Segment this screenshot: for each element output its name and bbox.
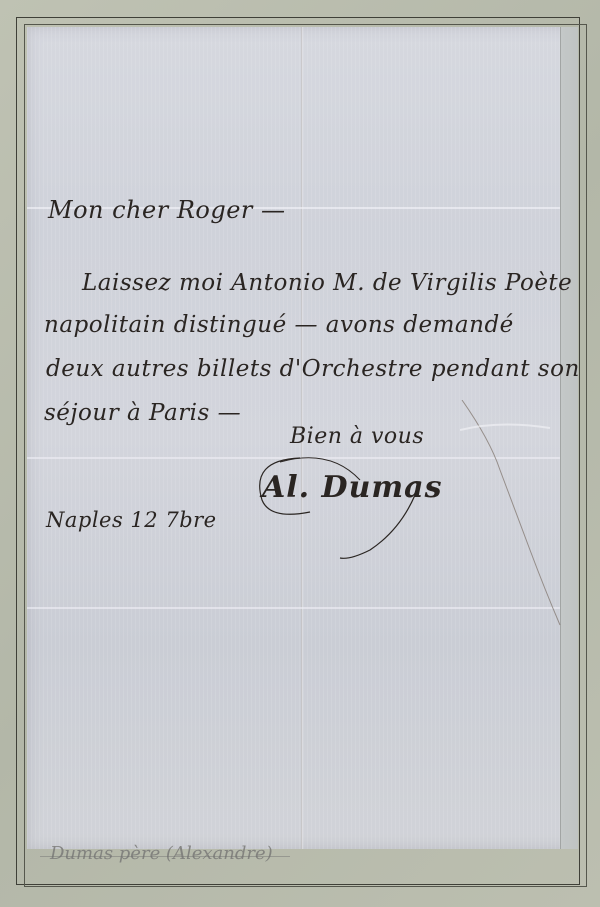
letter-salutation: Mon cher Roger — bbox=[48, 196, 286, 224]
pencil-strike-line bbox=[40, 856, 290, 857]
letter-signature: Al. Dumas bbox=[262, 470, 442, 505]
letter-body-line: séjour à Paris — bbox=[44, 400, 241, 426]
paper-tear-crease bbox=[460, 400, 580, 630]
pencil-annotation: Dumas père (Alexandre) bbox=[50, 843, 273, 864]
letter-body-line: Laissez moi Antonio M. de Virgilis Poète bbox=[82, 270, 572, 296]
letter-body-line: napolitain distingué — avons demandé bbox=[44, 312, 514, 338]
letter-body-line: deux autres billets d'Orchestre pendant … bbox=[46, 356, 580, 382]
signature-flourish-icon bbox=[240, 450, 440, 570]
letter-dateline: Naples 12 7bre bbox=[46, 508, 217, 532]
letter-closing: Bien à vous bbox=[290, 424, 424, 449]
